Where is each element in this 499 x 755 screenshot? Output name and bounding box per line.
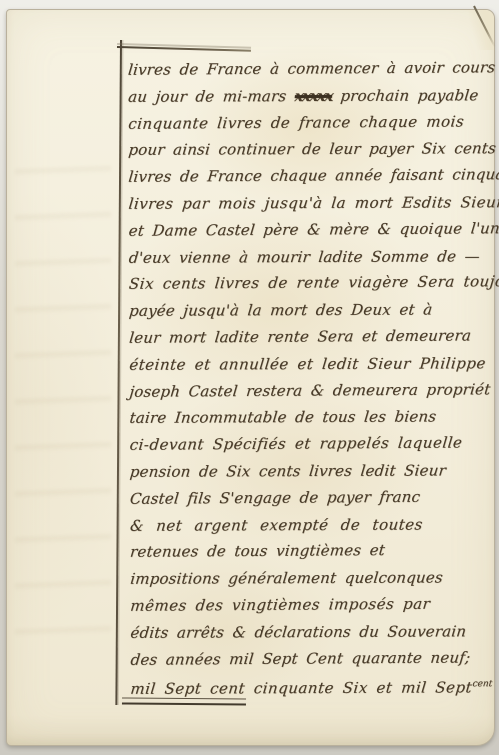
- manuscript-line: mêmes des vingtièmes imposés par: [129, 590, 498, 619]
- margin-rule-top: [117, 46, 251, 52]
- line-segment: pension de Six cents livres ledit Sieur: [129, 461, 447, 480]
- margin-rule-left: [115, 40, 122, 705]
- manuscript-line: des années mil Sept Cent quarante neuf;: [129, 644, 498, 673]
- manuscript-line: Six cents livres de rente viagère Sera t…: [128, 269, 497, 298]
- ink-showthrough: [15, 130, 111, 670]
- second-sheet-corner: [468, 10, 494, 50]
- struck-word: xxxxx: [294, 87, 333, 105]
- manuscript-line: livres de France à commencer à avoir cou…: [127, 54, 496, 83]
- line-segment: payée jusqu'à la mort des Deux et à: [128, 301, 433, 320]
- manuscript-line: mil Sept cent cinquante Six et mil Septc…: [129, 672, 498, 700]
- line-segment: Six cents livres de rente viagère Sera t…: [128, 272, 499, 293]
- line-segment: au jour de mi-mars: [127, 87, 295, 106]
- manuscript-line: cinquante livres de france chaque mois: [127, 108, 496, 137]
- manuscript-line: taire Incommutable de tous les biens: [128, 404, 497, 432]
- line-segment: et Dame Castel père & mère & quoique l'u…: [128, 219, 499, 240]
- manuscript-line: livres par mois jusqu'à la mort Esdits S…: [127, 189, 496, 217]
- line-segment: ci-devant Spécifiés et rappelés laquelle: [129, 434, 463, 454]
- line-segment: mêmes des vingtièmes imposés par: [130, 595, 432, 615]
- manuscript-line: pour ainsi continuer de leur payer Six c…: [127, 136, 496, 164]
- line-segment: prochain payable: [331, 86, 479, 105]
- line-segment: cinquante livres de france chaque mois: [127, 112, 465, 132]
- manuscript-line: ci-devant Spécifiés et rappelés laquelle: [128, 429, 497, 458]
- line-segment: impositions généralement quelconques: [129, 569, 443, 588]
- line-segment: & net argent exempté de toutes: [129, 515, 424, 534]
- line-segment: retenues de tous vingtièmes et: [129, 541, 386, 561]
- line-segment: Castel fils S'engage de payer franc: [129, 488, 421, 508]
- line-segment: mil Sept cent cinquante Six et mil Sept: [130, 679, 473, 698]
- manuscript-line: éteinte et annullée et ledit Sieur Phili…: [128, 350, 497, 378]
- line-segment: taire Incommutable de tous les biens: [129, 408, 437, 427]
- manuscript-line: payée jusqu'à la mort des Deux et à: [128, 296, 497, 324]
- manuscript-line: & net argent exempté de toutes: [129, 511, 498, 539]
- manuscript-line: d'eux vienne à mourir ladite Somme de —: [128, 243, 497, 271]
- manuscript-line: édits arrêts & déclarations du Souverain: [129, 618, 498, 646]
- manuscript-line: au jour de mi-mars xxxxx prochain payabl…: [127, 82, 496, 110]
- line-segment: livres de France à commencer à avoir cou…: [127, 58, 496, 79]
- manuscript-text: livres de France à commencer à avoir cou…: [127, 55, 496, 700]
- line-segment: éteinte et annullée et ledit Sieur Phili…: [128, 354, 486, 374]
- manuscript-line: leur mort ladite rente Sera et demeurera: [128, 322, 497, 351]
- line-segment: des années mil Sept Cent quarante neuf;: [130, 648, 471, 668]
- manuscript-line: livres de France chaque année faisant ci…: [127, 161, 496, 190]
- photo-background: { "photo": { "background_color": "#cdcac…: [0, 0, 499, 755]
- line-segment: cent: [472, 680, 493, 690]
- line-segment: pour ainsi continuer de leur payer Six c…: [128, 140, 497, 160]
- line-segment: livres par mois jusqu'à la mort Esdits S…: [128, 193, 499, 213]
- manuscript-page: livres de France à commencer à avoir cou…: [6, 9, 495, 746]
- manuscript-line: impositions généralement quelconques: [129, 564, 498, 592]
- manuscript-line: et Dame Castel père & mère & quoique l'u…: [127, 215, 496, 244]
- line-segment: joseph Castel restera & demeurera propri…: [129, 380, 492, 401]
- line-segment: édits arrêts & déclarations du Souverain: [130, 622, 467, 641]
- line-segment: livres de France chaque année faisant ci…: [128, 165, 499, 186]
- manuscript-line: retenues de tous vingtièmes et: [129, 537, 498, 566]
- line-segment: leur mort ladite rente Sera et demeurera: [128, 326, 472, 346]
- manuscript-line: joseph Castel restera & demeurera propri…: [128, 376, 497, 405]
- manuscript-line: Castel fils S'engage de payer franc: [129, 483, 498, 512]
- manuscript-line: pension de Six cents livres ledit Sieur: [128, 457, 497, 485]
- line-segment: d'eux vienne à mourir ladite Somme de —: [128, 247, 481, 267]
